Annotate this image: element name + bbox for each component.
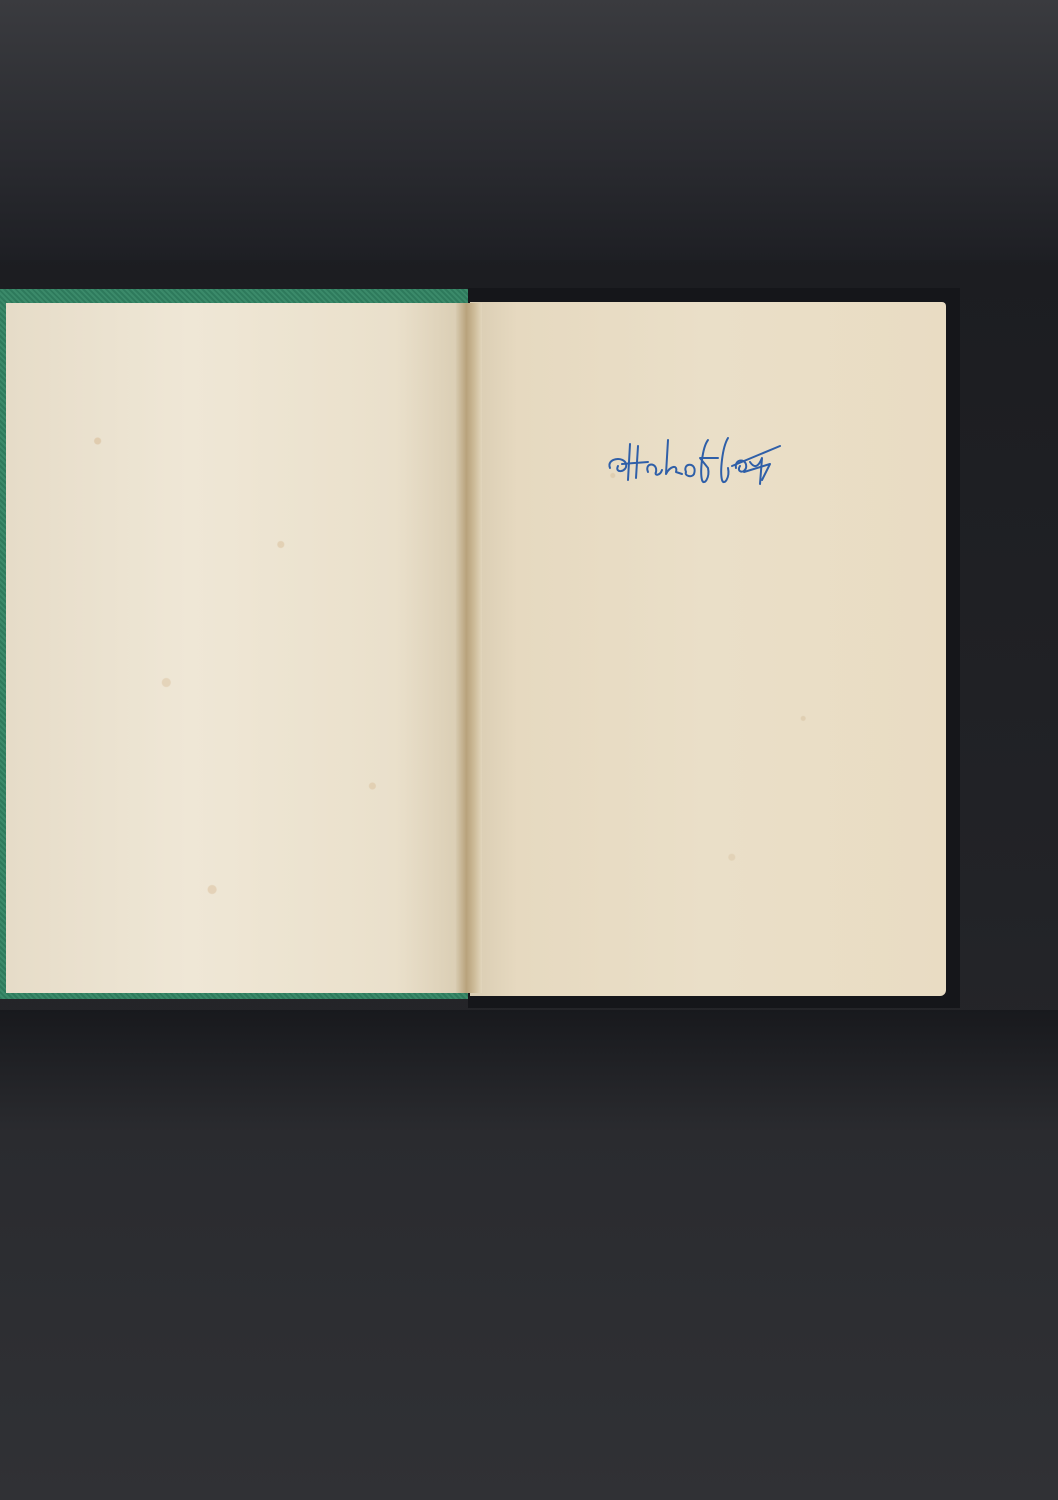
background-top [0,0,1058,260]
book-gutter [456,303,482,993]
left-endpaper [6,303,464,993]
right-flyleaf [470,302,946,996]
handwritten-signature: Haloffey [604,428,784,490]
signature-ink-icon [604,428,784,490]
background-bottom [0,1010,1058,1500]
photo-scene: Haloffey [0,0,1058,1500]
